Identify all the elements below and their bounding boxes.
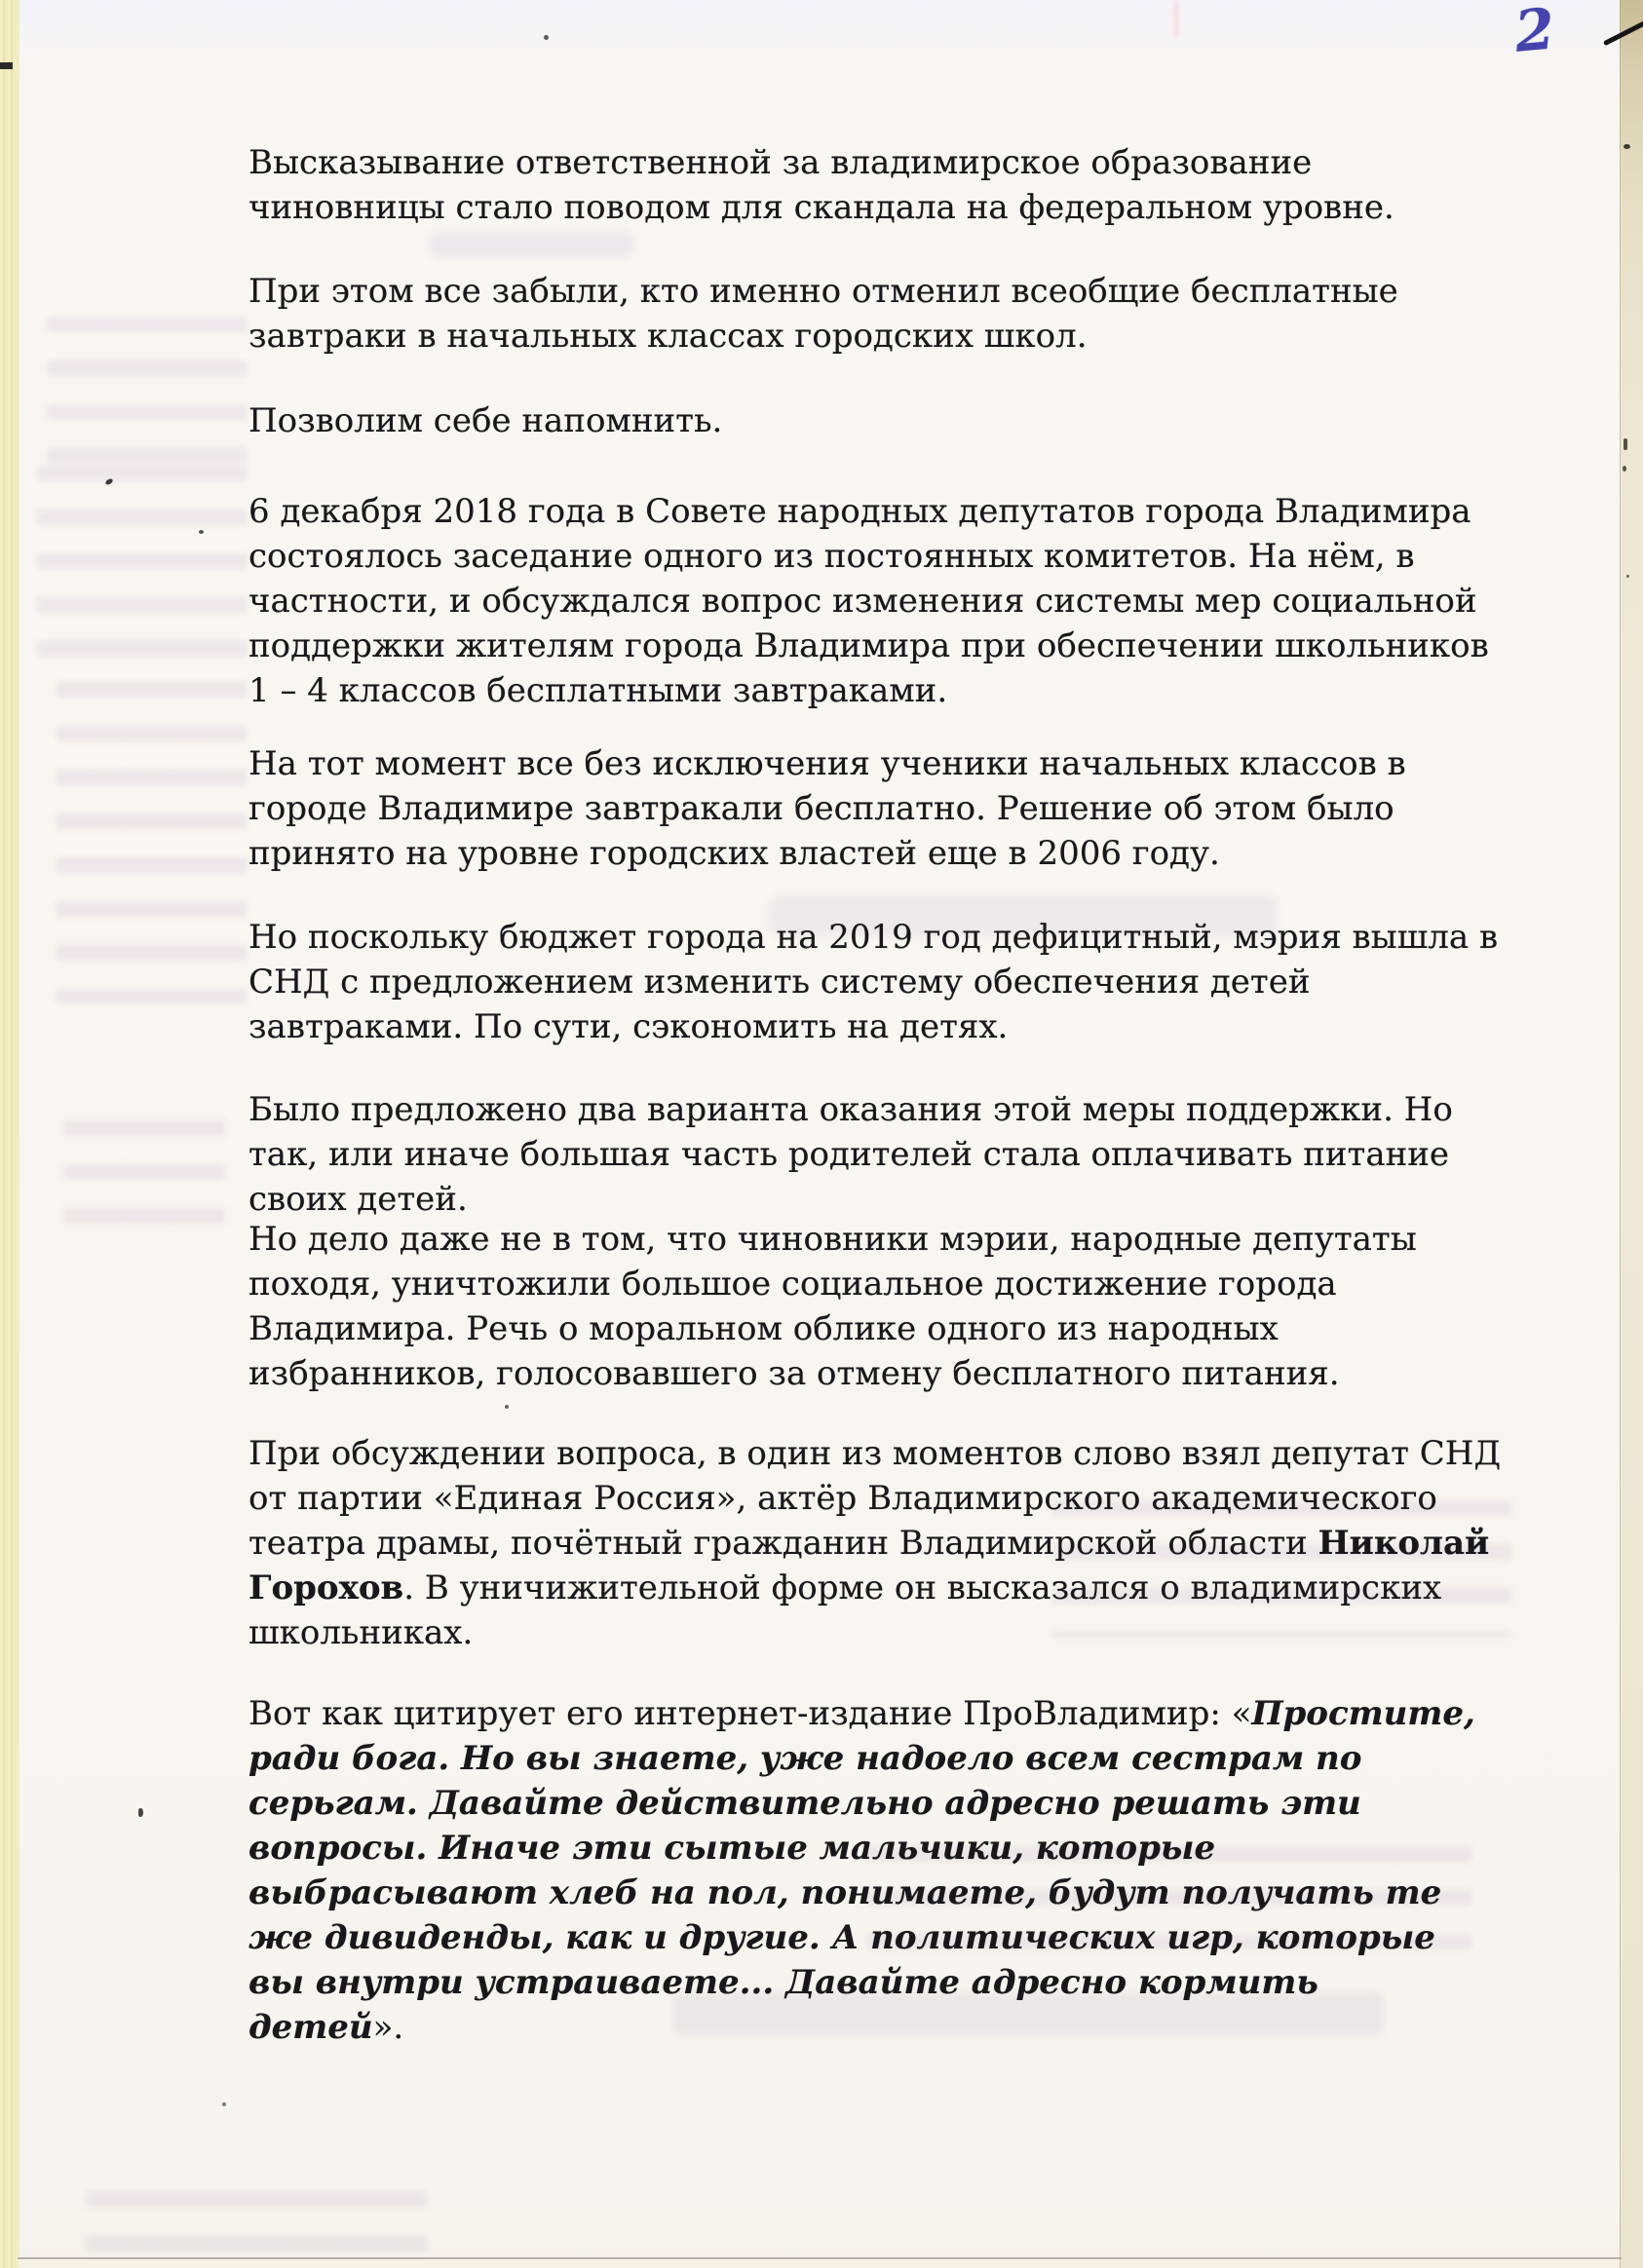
edge-speck (1626, 575, 1629, 578)
paragraph-text: При этом все забыли, кто именно отменил … (248, 272, 1398, 356)
paragraph-lead: Высказывание ответственной за владимирск… (248, 140, 1395, 230)
paragraph: Но дело даже не в том, что чиновники мэр… (248, 1217, 1417, 1396)
paragraph: Но поскольку бюджет города на 2019 год д… (248, 915, 1498, 1049)
paragraph-text: Но дело даже не в том, что чиновники мэр… (248, 1220, 1417, 1393)
paragraph-text: Высказывание ответственной за владимирск… (248, 143, 1395, 227)
quote-text-bold-italic: Простите, ради бога. Но вы знаете, уже н… (248, 1694, 1475, 2047)
paragraph: Было предложено два варианта оказания эт… (248, 1087, 1453, 1222)
scanner-background-bottom (19, 2259, 1620, 2268)
paragraph: 6 декабря 2018 года в Совете народных де… (248, 489, 1489, 713)
scanner-background-right-edge (1620, 0, 1643, 2268)
bleed-through-smudge (47, 317, 247, 463)
paragraph-text: . В уничижительной форме он высказался о… (248, 1569, 1441, 1652)
paragraph-text: При обсуждении вопроса, в один из момент… (248, 1434, 1501, 1563)
dirt-fleck (544, 35, 549, 40)
edge-speck (1624, 144, 1630, 149)
bleed-through-smudge (64, 1120, 225, 1237)
paragraph: При этом все забыли, кто именно отменил … (248, 269, 1398, 359)
quote-close: ». (373, 2008, 404, 2047)
scanned-page: 2 Высказывание ответственной за владимир… (0, 0, 1643, 2268)
left-edge-mark (0, 62, 13, 69)
paragraph-text: 6 декабря 2018 года в Совете народных де… (248, 492, 1489, 710)
bleed-through-smudge (57, 682, 247, 1003)
paragraph: На тот момент все без исключения ученики… (248, 741, 1406, 876)
paragraph-text: Но поскольку бюджет города на 2019 год д… (248, 918, 1498, 1046)
paragraph: Позволим себе напомнить. (248, 398, 722, 443)
edge-speck (1624, 438, 1627, 450)
scan-streak (1174, 0, 1178, 37)
paragraph-quote: Вот как цитирует его интернет-издание Пр… (248, 1691, 1475, 2050)
paragraph-text: Было предложено два варианта оказания эт… (248, 1090, 1453, 1219)
dirt-fleck (505, 1405, 509, 1409)
dirt-fleck (104, 477, 113, 485)
bleed-through-smudge (86, 2192, 427, 2258)
paragraph-text: Позволим себе напомнить. (248, 401, 722, 440)
paragraph-text: На тот момент все без исключения ученики… (248, 744, 1406, 873)
quote-intro: Вот как цитирует его интернет-издание Пр… (248, 1694, 1251, 1733)
handwritten-page-number: 2 (1498, 0, 1572, 69)
dirt-fleck (222, 2102, 226, 2106)
page-left-edge (0, 0, 19, 2268)
dirt-fleck (199, 530, 204, 534)
dirt-fleck (138, 1808, 143, 1817)
bleed-through-smudge (429, 232, 633, 257)
paragraph-deputy: При обсуждении вопроса, в один из момент… (248, 1431, 1501, 1655)
edge-speck (1623, 466, 1626, 472)
bleed-through-smudge (37, 466, 247, 670)
